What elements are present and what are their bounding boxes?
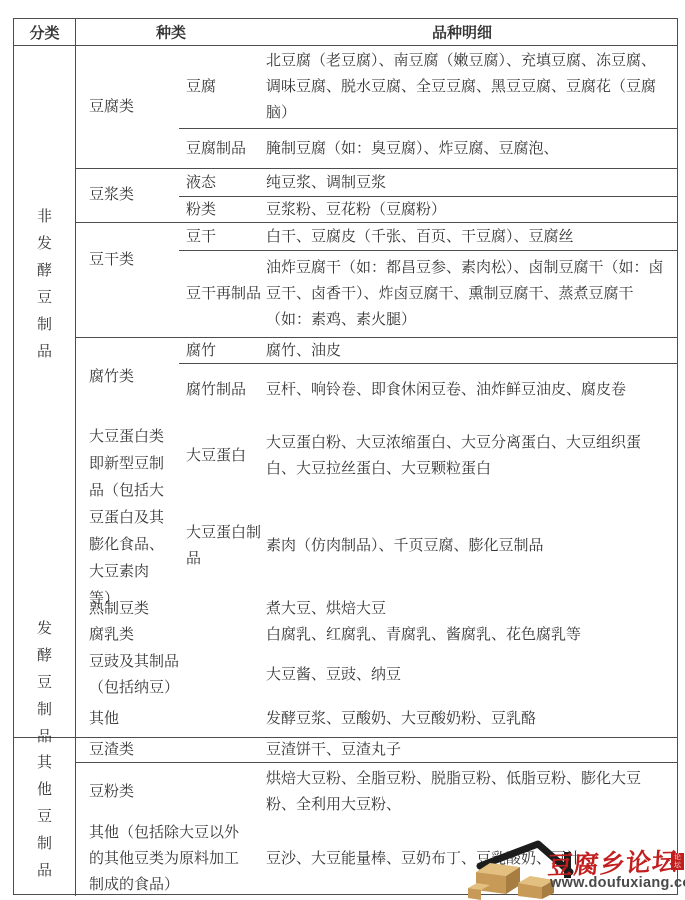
detail-cell: 白腐乳、红腐乳、青腐乳、酱腐乳、花色腐乳等 bbox=[266, 621, 677, 649]
type-cell: 腐竹 bbox=[179, 338, 266, 363]
table-row: 腐乳类 白腐乳、红腐乳、青腐乳、酱腐乳、花色腐乳等 bbox=[76, 621, 677, 649]
group-row: 豆浆类 液态 纯豆浆、调制豆浆 粉类 豆浆粉、豆花粉（豆腐粉） bbox=[76, 169, 677, 223]
subrow: 豆干再制品 油炸豆腐干（如：都昌豆参、素肉松）、卤制豆腐干（如：卤豆干、卤香干）… bbox=[179, 251, 677, 337]
group-row: 豆干类 豆干 白干、豆腐皮（千张、百页、干豆腐）、豆腐丝 豆干再制品 油炸豆腐干… bbox=[76, 223, 677, 338]
main-band: 非发酵豆制品 发酵豆制品 豆腐类 豆腐 北豆腐（老豆腐）、南豆腐（嫩豆腐）、充填… bbox=[14, 46, 677, 738]
type-text: 其他 bbox=[89, 706, 119, 732]
detail-cell: 纯豆浆、调制豆浆 bbox=[266, 169, 677, 196]
detail-text: 大豆酱、豆豉、纳豆 bbox=[266, 662, 401, 688]
group-label: 豆浆类 bbox=[76, 169, 179, 222]
subrows: 液态 纯豆浆、调制豆浆 粉类 豆浆粉、豆花粉（豆腐粉） bbox=[179, 169, 677, 222]
page: 分类 种类 品种明细 非发酵豆制品 发酵豆制品 豆腐类 豆腐 北豆腐（老 bbox=[0, 0, 685, 900]
detail-text: 腌制豆腐（如：臭豆腐）、炸豆腐、豆腐泡、 bbox=[266, 136, 559, 162]
detail-text: 发酵豆浆、豆酸奶、大豆酸奶粉、豆乳酪 bbox=[266, 706, 536, 732]
watermark-url: www.doufuxiang.com bbox=[550, 875, 685, 891]
subrow: 大豆蛋白制品 素肉（仿肉制品）、千页豆腐、膨化豆制品 bbox=[179, 496, 677, 596]
subrows: 大豆蛋白 大豆蛋白粉、大豆浓缩蛋白、大豆分离蛋白、大豆组织蛋白、大豆拉丝蛋白、大… bbox=[179, 416, 677, 596]
group-label: 腐竹类 bbox=[76, 338, 179, 416]
detail-text: 烘焙大豆粉、全脂豆粉、脱脂豆粉、低脂豆粉、膨化大豆粉、全利用大豆粉、 bbox=[266, 766, 667, 818]
detail-text: 豆浆粉、豆花粉（豆腐粉） bbox=[266, 197, 446, 223]
type-cell: 熟制豆类 bbox=[76, 596, 266, 621]
group-row: 豆腐类 豆腐 北豆腐（老豆腐）、南豆腐（嫩豆腐）、充填豆腐、冻豆腐、调味豆腐、脱… bbox=[76, 46, 677, 169]
soy-products-table: 分类 种类 品种明细 非发酵豆制品 发酵豆制品 豆腐类 豆腐 北豆腐（老 bbox=[13, 18, 678, 895]
header-type: 种类 bbox=[156, 22, 186, 43]
detail-cell: 大豆酱、豆豉、纳豆 bbox=[266, 649, 677, 701]
type-text: 熟制豆类 bbox=[89, 596, 149, 622]
group-label: 豆干类 bbox=[76, 223, 179, 337]
detail-cell: 发酵豆浆、豆酸奶、大豆酸奶粉、豆乳酪 bbox=[266, 701, 677, 737]
main-rows: 豆腐类 豆腐 北豆腐（老豆腐）、南豆腐（嫩豆腐）、充填豆腐、冻豆腐、调味豆腐、脱… bbox=[76, 46, 677, 737]
type-text: 腐乳类 bbox=[89, 622, 134, 648]
detail-cell: 豆杆、响铃卷、即食休闲豆卷、油炸鲜豆油皮、腐皮卷 bbox=[266, 364, 677, 416]
type-cell: 豆豉及其制品（包括纳豆） bbox=[76, 649, 266, 701]
category-column: 非发酵豆制品 发酵豆制品 bbox=[14, 46, 76, 737]
subrows: 腐竹 腐竹、油皮 腐竹制品 豆杆、响铃卷、即食休闲豆卷、油炸鲜豆油皮、腐皮卷 bbox=[179, 338, 677, 416]
detail-text: 腐竹、油皮 bbox=[266, 338, 341, 364]
watermark-seal: 论坛 bbox=[671, 853, 684, 870]
detail-text: 白腐乳、红腐乳、青腐乳、酱腐乳、花色腐乳等 bbox=[266, 622, 581, 648]
type-cell: 豆粉类 bbox=[76, 763, 266, 821]
category-label-fermented: 发酵豆制品 bbox=[36, 616, 54, 751]
type-cell: 粉类 bbox=[179, 197, 266, 223]
table-row: 其他 发酵豆浆、豆酸奶、大豆酸奶粉、豆乳酪 bbox=[76, 701, 677, 737]
header-detail: 品种明细 bbox=[432, 22, 492, 43]
subrow: 豆干 白干、豆腐皮（千张、百页、干豆腐）、豆腐丝 bbox=[179, 223, 677, 251]
type-cell: 其他（包括除大豆以外的其他豆类为原料加工制成的食品） bbox=[76, 821, 266, 896]
detail-cell: 豆渣饼干、豆渣丸子 bbox=[266, 738, 677, 762]
detail-cell: 大豆蛋白粉、大豆浓缩蛋白、大豆分离蛋白、大豆组织蛋白、大豆拉丝蛋白、大豆颗粒蛋白 bbox=[266, 416, 677, 496]
detail-cell: 煮大豆、烘焙大豆 bbox=[266, 596, 677, 621]
table-row: 豆渣类 豆渣饼干、豆渣丸子 bbox=[76, 738, 677, 763]
type-cell: 豆渣类 bbox=[76, 738, 266, 762]
detail-cell: 白干、豆腐皮（千张、百页、干豆腐）、豆腐丝 bbox=[266, 223, 677, 250]
detail-cell: 油炸豆腐干（如：都昌豆参、素肉松）、卤制豆腐干（如：卤豆干、卤香干）、炸卤豆腐干… bbox=[266, 251, 677, 337]
subrow: 腐竹 腐竹、油皮 bbox=[179, 338, 677, 364]
detail-text: 油炸豆腐干（如：都昌豆参、素肉松）、卤制豆腐干（如：卤豆干、卤香干）、炸卤豆腐干… bbox=[266, 255, 667, 333]
type-cell: 豆腐 bbox=[179, 46, 266, 128]
detail-text: 纯豆浆、调制豆浆 bbox=[266, 170, 386, 196]
type-text: 其他（包括除大豆以外的其他豆类为原料加工制成的食品） bbox=[89, 820, 241, 898]
type-cell: 腐乳类 bbox=[76, 621, 266, 649]
table-row: 豆豉及其制品（包括纳豆） 大豆酱、豆豉、纳豆 bbox=[76, 649, 677, 701]
subrows: 豆干 白干、豆腐皮（千张、百页、干豆腐）、豆腐丝 豆干再制品 油炸豆腐干（如：都… bbox=[179, 223, 677, 337]
type-cell: 大豆蛋白 bbox=[179, 416, 266, 496]
subrow: 粉类 豆浆粉、豆花粉（豆腐粉） bbox=[179, 197, 677, 223]
detail-text: 煮大豆、烘焙大豆 bbox=[266, 596, 386, 622]
detail-cell: 豆浆粉、豆花粉（豆腐粉） bbox=[266, 197, 677, 223]
detail-cell: 腐竹、油皮 bbox=[266, 338, 677, 363]
group-row: 腐竹类 腐竹 腐竹、油皮 腐竹制品 豆杆、响铃卷、即食休闲豆卷、油炸鲜豆油皮、腐… bbox=[76, 338, 677, 416]
type-cell: 腐竹制品 bbox=[179, 364, 266, 416]
detail-cell: 素肉（仿肉制品）、千页豆腐、膨化豆制品 bbox=[266, 496, 677, 596]
detail-text: 豆渣饼干、豆渣丸子 bbox=[266, 737, 401, 763]
table-row: 豆粉类 烘焙大豆粉、全脂豆粉、脱脂豆粉、低脂豆粉、膨化大豆粉、全利用大豆粉、 bbox=[76, 763, 677, 821]
group-label: 豆腐类 bbox=[76, 46, 179, 168]
subrows: 豆腐 北豆腐（老豆腐）、南豆腐（嫩豆腐）、充填豆腐、冻豆腐、调味豆腐、脱水豆腐、… bbox=[179, 46, 677, 168]
type-text: 豆渣类 bbox=[89, 737, 134, 763]
detail-text: 素肉（仿肉制品）、千页豆腐、膨化豆制品 bbox=[266, 533, 544, 559]
table-header-row: 分类 种类 品种明细 bbox=[14, 19, 677, 46]
type-cell: 液态 bbox=[179, 169, 266, 196]
detail-text: 白干、豆腐皮（千张、百页、干豆腐）、豆腐丝 bbox=[266, 224, 574, 250]
type-text: 豆豉及其制品（包括纳豆） bbox=[89, 649, 189, 701]
type-cell: 其他 bbox=[76, 701, 266, 737]
category-label-other: 其他豆制品 bbox=[36, 750, 54, 885]
detail-cell: 腌制豆腐（如：臭豆腐）、炸豆腐、豆腐泡、 bbox=[266, 129, 677, 168]
type-cell: 豆腐制品 bbox=[179, 129, 266, 168]
table-row: 熟制豆类 煮大豆、烘焙大豆 bbox=[76, 596, 677, 621]
watermark: 豆腐乡论坛 论坛 www.doufuxiang.com bbox=[468, 838, 685, 900]
detail-cell: 烘焙大豆粉、全脂豆粉、脱脂豆粉、低脂豆粉、膨化大豆粉、全利用大豆粉、 bbox=[266, 763, 677, 821]
header-rest: 种类 品种明细 bbox=[76, 19, 677, 45]
type-text: 豆粉类 bbox=[89, 779, 134, 805]
type-cell: 豆干再制品 bbox=[179, 251, 266, 337]
group-label: 大豆蛋白类即新型豆制品（包括大豆蛋白及其膨化食品、大豆素肉等） bbox=[76, 416, 179, 596]
detail-text: 大豆蛋白粉、大豆浓缩蛋白、大豆分离蛋白、大豆组织蛋白、大豆拉丝蛋白、大豆颗粒蛋白 bbox=[266, 430, 667, 482]
type-cell: 大豆蛋白制品 bbox=[179, 496, 266, 596]
subrow: 液态 纯豆浆、调制豆浆 bbox=[179, 169, 677, 197]
category-label-non-fermented: 非发酵豆制品 bbox=[36, 204, 54, 366]
detail-text: 豆杆、响铃卷、即食休闲豆卷、油炸鲜豆油皮、腐皮卷 bbox=[266, 377, 626, 403]
detail-cell: 北豆腐（老豆腐）、南豆腐（嫩豆腐）、充填豆腐、冻豆腐、调味豆腐、脱水豆腐、全豆豆… bbox=[266, 46, 677, 128]
subrow: 豆腐制品 腌制豆腐（如：臭豆腐）、炸豆腐、豆腐泡、 bbox=[179, 129, 677, 168]
category-column: 其他豆制品 bbox=[14, 738, 76, 896]
subrow: 腐竹制品 豆杆、响铃卷、即食休闲豆卷、油炸鲜豆油皮、腐皮卷 bbox=[179, 364, 677, 416]
type-cell: 豆干 bbox=[179, 223, 266, 250]
subrow: 豆腐 北豆腐（老豆腐）、南豆腐（嫩豆腐）、充填豆腐、冻豆腐、调味豆腐、脱水豆腐、… bbox=[179, 46, 677, 129]
group-row: 大豆蛋白类即新型豆制品（包括大豆蛋白及其膨化食品、大豆素肉等） 大豆蛋白 大豆蛋… bbox=[76, 416, 677, 596]
subrow: 大豆蛋白 大豆蛋白粉、大豆浓缩蛋白、大豆分离蛋白、大豆组织蛋白、大豆拉丝蛋白、大… bbox=[179, 416, 677, 496]
header-category: 分类 bbox=[14, 19, 76, 45]
detail-text: 北豆腐（老豆腐）、南豆腐（嫩豆腐）、充填豆腐、冻豆腐、调味豆腐、脱水豆腐、全豆豆… bbox=[266, 48, 667, 126]
